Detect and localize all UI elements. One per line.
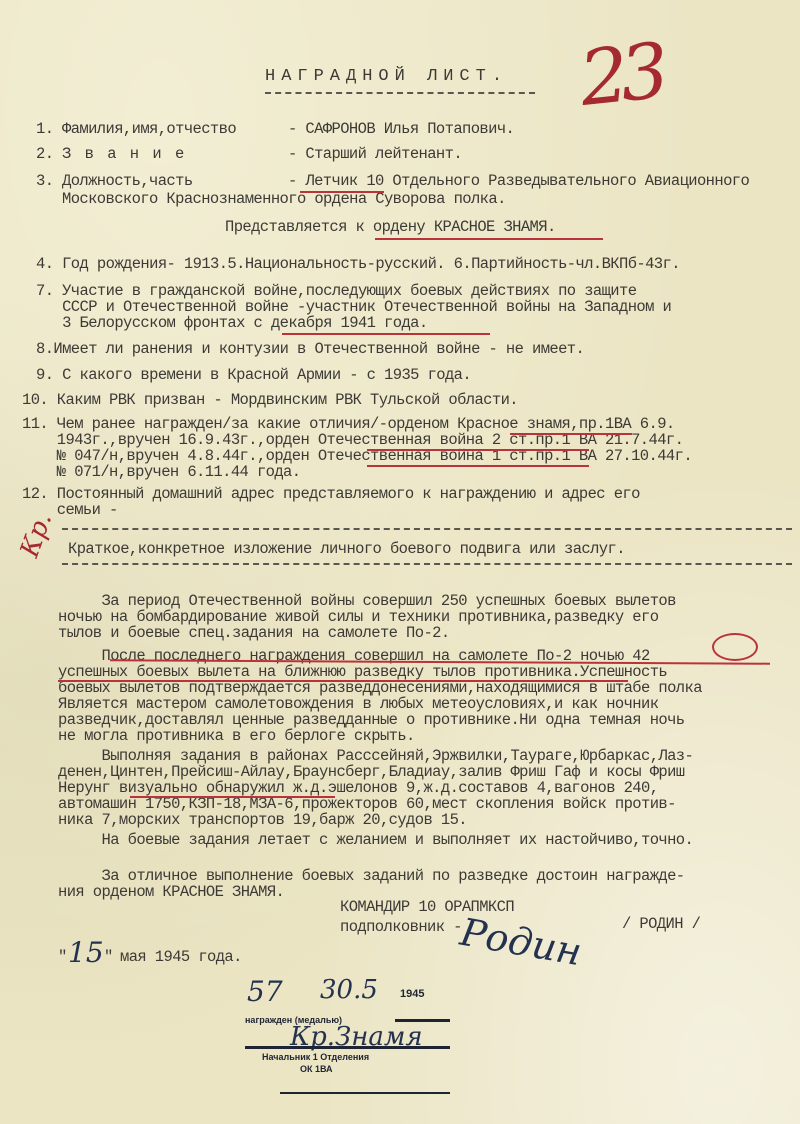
- body-line: не могла противника в его берлоге скрыть…: [58, 727, 415, 745]
- line-8-wounds: 8.Имеет ли ранения и контузии в Отечеств…: [36, 340, 584, 358]
- stamp-year: 1945: [400, 988, 424, 1000]
- field-1-num: 1.: [36, 120, 53, 138]
- stamp-date: 30.5: [320, 975, 378, 1005]
- field-3-value: - Летчик 10 Отдельного Разведывательного…: [288, 172, 749, 190]
- document-title: НАГРАДНОЙ ЛИСТ.: [265, 68, 508, 86]
- red-circle-42: [712, 633, 758, 661]
- red-underline-pilot: [300, 191, 384, 193]
- field-2-value: - Старший лейтенант.: [288, 145, 462, 163]
- body-line: ника 7,морских транспортов 19,барж 20,су…: [58, 811, 467, 829]
- line-7c: 3 Белорусском фронтах с декабря 1941 год…: [36, 314, 428, 332]
- date-day-handwritten: 15: [68, 936, 104, 969]
- field-3-label: Должность,часть: [62, 172, 193, 190]
- nomination-line: Представляется к ордену КРАСНОЕ ЗНАМЯ.: [225, 218, 556, 236]
- signature-rank: подполковник -: [340, 918, 462, 936]
- line-11d: № 071/н,вручен 6.11.44 года.: [22, 463, 300, 481]
- red-underline-front-date: [282, 333, 490, 335]
- red-strike-visual: [130, 796, 335, 798]
- field-2-label: З в а н и е: [62, 145, 186, 163]
- handwritten-signature: Родин: [457, 910, 585, 975]
- red-underline-body-2: [58, 680, 628, 682]
- field-2-num: 2.: [36, 145, 53, 163]
- stamp-bar-3: [280, 1092, 450, 1094]
- red-underline-award-3: [367, 465, 589, 467]
- date-text: мая 1945 года.: [120, 948, 242, 966]
- award-sheet-page: 23 НАГРАДНОЙ ЛИСТ. 1. Фамилия,имя,отчест…: [0, 0, 800, 1124]
- body-line: ния орденом КРАСНОЕ ЗНАМЯ.: [58, 883, 284, 901]
- line-10-draft-office: 10. Каким РВК призван - Мордвинским РВК …: [22, 391, 518, 409]
- section-divider-top: [62, 528, 792, 530]
- stamp-office-2: ОК 1ВА: [300, 1064, 333, 1074]
- stamp-bar-2: [245, 1046, 450, 1049]
- body-line: тылов и боевые спец.задания на самолете …: [58, 624, 450, 642]
- stamp-number: 57: [247, 975, 283, 1008]
- field-1-value: - САФРОНОВ Илья Потапович.: [288, 120, 514, 138]
- page-number-handwritten: 23: [576, 26, 666, 123]
- section-heading: Краткое,конкретное изложение личного бое…: [68, 540, 625, 558]
- red-underline-nomination: [375, 238, 603, 240]
- stamp-office: Начальник 1 Отделения: [262, 1052, 369, 1062]
- red-underline-award-1: [510, 433, 632, 435]
- section-divider-bottom: [62, 563, 792, 565]
- title-underline: [265, 92, 535, 94]
- red-underline-award-2: [367, 449, 589, 451]
- date-open-quote: ": [58, 948, 67, 966]
- line-4-birth-nationality-party: 4. Год рождения- 1913.5.Национальность-р…: [36, 255, 680, 273]
- field-3-num: 3.: [36, 172, 53, 190]
- field-3-value-cont: Московского Краснознаменного ордена Суво…: [62, 190, 506, 208]
- field-1-label: Фамилия,имя,отчество: [62, 120, 236, 138]
- signature-name: / РОДИН /: [622, 915, 700, 933]
- date-close-quote: ": [104, 948, 113, 966]
- line-9-service-since: 9. С какого времени в Красной Армии - с …: [36, 366, 471, 384]
- body-line: На боевые задания летает с желанием и вы…: [58, 831, 693, 849]
